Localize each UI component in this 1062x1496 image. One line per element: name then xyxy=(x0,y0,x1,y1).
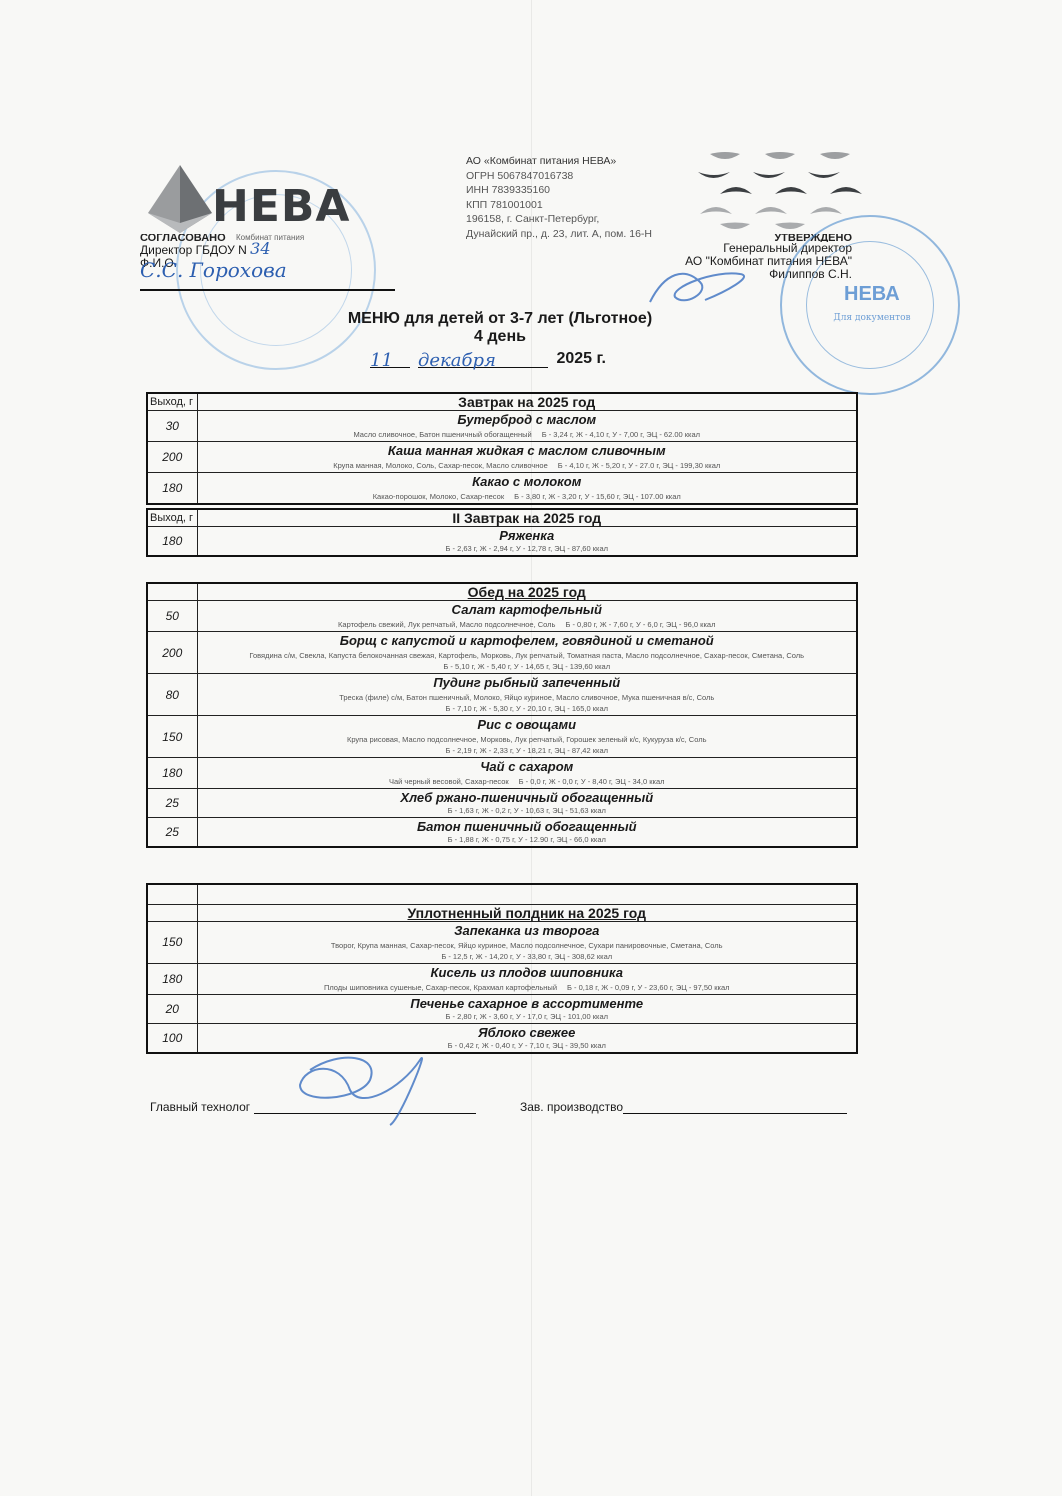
dish-weight: 180 xyxy=(147,473,197,505)
agreed-signature-line xyxy=(140,289,395,291)
dish-row: 150Запеканка из творогаТворог, Крупа ман… xyxy=(147,921,857,963)
dish-name: Салат картофельный xyxy=(200,602,855,617)
dish-cell: Каша манная жидкая с маслом сливочнымКру… xyxy=(197,442,857,473)
dish-name: Рис с овощами xyxy=(200,717,855,732)
dish-weight: 150 xyxy=(147,716,197,758)
dish-name: Ряженка xyxy=(200,528,855,543)
dish-cell: Батон пшеничный обогащенныйБ - 1,88 г, Ж… xyxy=(197,818,857,848)
dish-name: Батон пшеничный обогащенный xyxy=(200,819,855,834)
dish-row: 180Кисель из плодов шиповникаПлоды шипов… xyxy=(147,963,857,994)
dish-cell: Печенье сахарное в ассортиментеБ - 2,80 … xyxy=(197,994,857,1023)
dish-cell: Рис с овощамиКрупа рисовая, Масло подсол… xyxy=(197,716,857,758)
dish-name: Хлеб ржано-пшеничный обогащенный xyxy=(200,790,855,805)
dish-name: Борщ с капустой и картофелем, говядиной … xyxy=(200,633,855,648)
dish-name: Запеканка из творога xyxy=(200,923,855,938)
dish-name: Бутерброд с маслом xyxy=(200,412,855,427)
dish-weight: 150 xyxy=(147,921,197,963)
section-title: Обед на 2025 год xyxy=(197,583,857,601)
dish-ingredients: Какао-порошок, Молоко, Сахар-песок xyxy=(373,492,504,501)
dish-weight: 180 xyxy=(147,758,197,789)
stamp-center-text: Для документов xyxy=(822,313,922,323)
dish-weight: 180 xyxy=(147,527,197,557)
dish-nutrition: Б - 4,10 г, Ж - 5,20 г, У - 27.0 г, ЭЦ -… xyxy=(558,461,721,470)
dish-cell: Кисель из плодов шиповникаПлоды шиповник… xyxy=(197,963,857,994)
production-signature-line xyxy=(623,1113,847,1114)
dish-weight: 20 xyxy=(147,994,197,1023)
weight-column-header: Выход, г xyxy=(147,393,197,411)
dish-row: 25Хлеб ржано-пшеничный обогащенныйБ - 1,… xyxy=(147,789,857,818)
weight-column-header xyxy=(147,904,197,921)
dish-ingredients: Плоды шиповника сушеные, Сахар-песок, Кр… xyxy=(324,983,557,992)
agreed-signature: С.С. Горохова xyxy=(140,264,287,277)
pyramid-logo-icon xyxy=(140,163,220,243)
dish-nutrition: Б - 0,80 г, Ж - 7,60 г, У - 6,0 г, ЭЦ - … xyxy=(565,620,715,629)
spacer-cell xyxy=(147,884,197,904)
dish-row: 150Рис с овощамиКрупа рисовая, Масло под… xyxy=(147,716,857,758)
company-address-1: 196158, г. Санкт-Петербург, xyxy=(466,212,652,227)
dish-weight: 200 xyxy=(147,442,197,473)
dish-cell: Салат картофельныйКартофель свежий, Лук … xyxy=(197,601,857,632)
logo-word: НЕВА xyxy=(212,181,350,232)
production-label: Зав. производство xyxy=(520,1100,623,1114)
date-day: 11 xyxy=(370,350,393,371)
dish-name: Какао с молоком xyxy=(200,474,855,489)
dish-weight: 80 xyxy=(147,674,197,716)
technologist-signature-scribble xyxy=(270,1040,460,1130)
company-inn: ИНН 7839335160 xyxy=(466,183,652,198)
dish-ingredients: Творог, Крупа манная, Сахар-песок, Яйцо … xyxy=(331,941,723,950)
dish-row: 80Пудинг рыбный запеченныйТреска (филе) … xyxy=(147,674,857,716)
section-header-row: Выход, гЗавтрак на 2025 год xyxy=(147,393,857,411)
dish-cell: Чай с сахаромЧай черный весовой, Сахар-п… xyxy=(197,758,857,789)
dish-row: 30Бутерброд с масломМасло сливочное, Бат… xyxy=(147,411,857,442)
dish-row: 20Печенье сахарное в ассортиментеБ - 2,8… xyxy=(147,994,857,1023)
menu-title: МЕНЮ для детей от 3-7 лет (Льготное) 4 д… xyxy=(300,310,700,346)
dish-row: 25Батон пшеничный обогащенныйБ - 1,88 г,… xyxy=(147,818,857,848)
company-details: АО «Комбинат питания НЕВА» ОГРН 50678470… xyxy=(466,154,652,241)
dish-row: 200Борщ с капустой и картофелем, говядин… xyxy=(147,632,857,674)
menu-section-table: Выход, гЗавтрак на 2025 год30Бутерброд с… xyxy=(146,392,858,505)
dish-nutrition: Б - 2,63 г, Ж - 2,94 г, У - 12,78 г, ЭЦ … xyxy=(200,543,855,554)
dish-nutrition: Б - 7,10 г, Ж - 5,30 г, У - 20,10 г, ЭЦ … xyxy=(200,703,855,714)
dish-row: 180Чай с сахаромЧай черный весовой, Саха… xyxy=(147,758,857,789)
document-page: НЕВА Комбинат питания АО «Комбинат питан… xyxy=(0,0,1062,1496)
neva-logo: НЕВА Комбинат питания xyxy=(140,163,340,243)
dish-cell: РяженкаБ - 2,63 г, Ж - 2,94 г, У - 12,78… xyxy=(197,527,857,557)
dish-name: Кисель из плодов шиповника xyxy=(200,965,855,980)
dish-name: Чай с сахаром xyxy=(200,759,855,774)
section-header-row: Обед на 2025 год xyxy=(147,583,857,601)
menu-section-table: Выход, гII Завтрак на 2025 год180Ряженка… xyxy=(146,508,858,557)
section-title: Уплотненный полдник на 2025 год xyxy=(197,904,857,921)
dish-weight: 180 xyxy=(147,963,197,994)
weight-column-header: Выход, г xyxy=(147,509,197,527)
dish-name: Пудинг рыбный запеченный xyxy=(200,675,855,690)
dish-nutrition: Б - 3,24 г, Ж - 4,10 г, У - 7,00 г, ЭЦ -… xyxy=(542,430,700,439)
weight-column-header xyxy=(147,583,197,601)
menu-section-table: Уплотненный полдник на 2025 год150Запека… xyxy=(146,883,858,1054)
dish-weight: 25 xyxy=(147,789,197,818)
company-stamp: НЕВА Для документов xyxy=(780,215,960,395)
spacer-cell xyxy=(197,884,857,904)
section-title: II Завтрак на 2025 год xyxy=(197,509,857,527)
dish-ingredients: Картофель свежий, Лук репчатый, Масло по… xyxy=(338,620,555,629)
date-month: декабря xyxy=(418,350,496,371)
dish-ingredients: Крупа рисовая, Масло подсолнечное, Морко… xyxy=(347,735,707,744)
agreed-school-number: 34 xyxy=(250,239,270,258)
dish-cell: Хлеб ржано-пшеничный обогащенныйБ - 1,63… xyxy=(197,789,857,818)
dish-nutrition: Б - 12,5 г, Ж - 14,20 г, У - 33,80 г, ЭЦ… xyxy=(200,951,855,962)
dish-nutrition: Б - 0,18 г, Ж - 0,09 г, У - 23,60 г, ЭЦ … xyxy=(567,983,730,992)
dish-nutrition: Б - 5,10 г, Ж - 5,40 г, У - 14,65 г, ЭЦ … xyxy=(200,661,855,672)
dish-cell: Борщ с капустой и картофелем, говядиной … xyxy=(197,632,857,674)
dish-weight: 100 xyxy=(147,1023,197,1053)
section-header-row: Уплотненный полдник на 2025 год xyxy=(147,904,857,921)
dish-ingredients: Чай черный весовой, Сахар-песок xyxy=(389,777,509,786)
agreed-role: Директор ГБДОУ N xyxy=(140,243,247,257)
section-header-row: Выход, гII Завтрак на 2025 год xyxy=(147,509,857,527)
dish-nutrition: Б - 0,0 г, Ж - 0,0 г, У - 8,40 г, ЭЦ - 3… xyxy=(519,777,665,786)
section-title: Завтрак на 2025 год xyxy=(197,393,857,411)
dish-nutrition: Б - 1,63 г, Ж - 0,2 г, У - 10,63 г, ЭЦ -… xyxy=(200,805,855,816)
dish-row: 180Какао с молокомКакао-порошок, Молоко,… xyxy=(147,473,857,505)
spacer-row xyxy=(147,884,857,904)
company-ogrn: ОГРН 5067847016738 xyxy=(466,169,652,184)
company-name: АО «Комбинат питания НЕВА» xyxy=(466,154,652,169)
dish-cell: Пудинг рыбный запеченныйТреска (филе) с/… xyxy=(197,674,857,716)
dish-weight: 50 xyxy=(147,601,197,632)
dish-nutrition: Б - 1,88 г, Ж - 0,75 г, У - 12.90 г, ЭЦ … xyxy=(200,834,855,845)
dish-weight: 30 xyxy=(147,411,197,442)
menu-title-line1: МЕНЮ для детей от 3-7 лет (Льготное) xyxy=(300,310,700,328)
menu-section-table: Обед на 2025 год50Салат картофельныйКарт… xyxy=(146,582,858,848)
dish-cell: Запеканка из творогаТворог, Крупа манная… xyxy=(197,921,857,963)
agreed-block: СОГЛАСОВАНО Директор ГБДОУ N 34 Ф.И.О. С… xyxy=(140,234,287,277)
dish-ingredients: Говядина с/м, Свекла, Капуста белокочанн… xyxy=(249,651,804,660)
dish-weight: 200 xyxy=(147,632,197,674)
dish-row: 50Салат картофельныйКартофель свежий, Лу… xyxy=(147,601,857,632)
menu-title-line2: 4 день xyxy=(300,328,700,346)
dish-name: Яблоко свежее xyxy=(200,1025,855,1040)
dish-row: 200Каша манная жидкая с маслом сливочным… xyxy=(147,442,857,473)
dish-ingredients: Треска (филе) с/м, Батон пшеничный, Моло… xyxy=(339,693,714,702)
production-signature: Зав. производство xyxy=(520,1100,847,1114)
dish-nutrition: Б - 3,80 г, Ж - 3,20 г, У - 15,60 г, ЭЦ … xyxy=(514,492,681,501)
technologist-label: Главный технолог xyxy=(150,1100,250,1114)
dish-name: Печенье сахарное в ассортименте xyxy=(200,996,855,1011)
dish-cell: Какао с молокомКакао-порошок, Молоко, Са… xyxy=(197,473,857,505)
dish-ingredients: Масло сливочное, Батон пшеничный обогаще… xyxy=(353,430,531,439)
date-year: 2025 г. xyxy=(556,350,606,367)
company-kpp: КПП 781001001 xyxy=(466,198,652,213)
dish-nutrition: Б - 2,80 г, Ж - 3,60 г, У - 17,0 г, ЭЦ -… xyxy=(200,1011,855,1022)
dish-ingredients: Крупа манная, Молоко, Соль, Сахар-песок,… xyxy=(333,461,548,470)
stamp-logo: НЕВА xyxy=(844,283,900,306)
dish-cell: Бутерброд с масломМасло сливочное, Батон… xyxy=(197,411,857,442)
director-signature xyxy=(645,262,765,312)
dish-weight: 25 xyxy=(147,818,197,848)
dish-nutrition: Б - 2,19 г, Ж - 2,33 г, У - 18,21 г, ЭЦ … xyxy=(200,745,855,756)
menu-date: 11декабря 2025 г. xyxy=(370,350,606,368)
dish-name: Каша манная жидкая с маслом сливочным xyxy=(200,443,855,458)
dish-row: 100Яблоко свежееБ - 0,42 г, Ж - 0,40 г, … xyxy=(147,1023,857,1053)
dish-row: 180РяженкаБ - 2,63 г, Ж - 2,94 г, У - 12… xyxy=(147,527,857,557)
